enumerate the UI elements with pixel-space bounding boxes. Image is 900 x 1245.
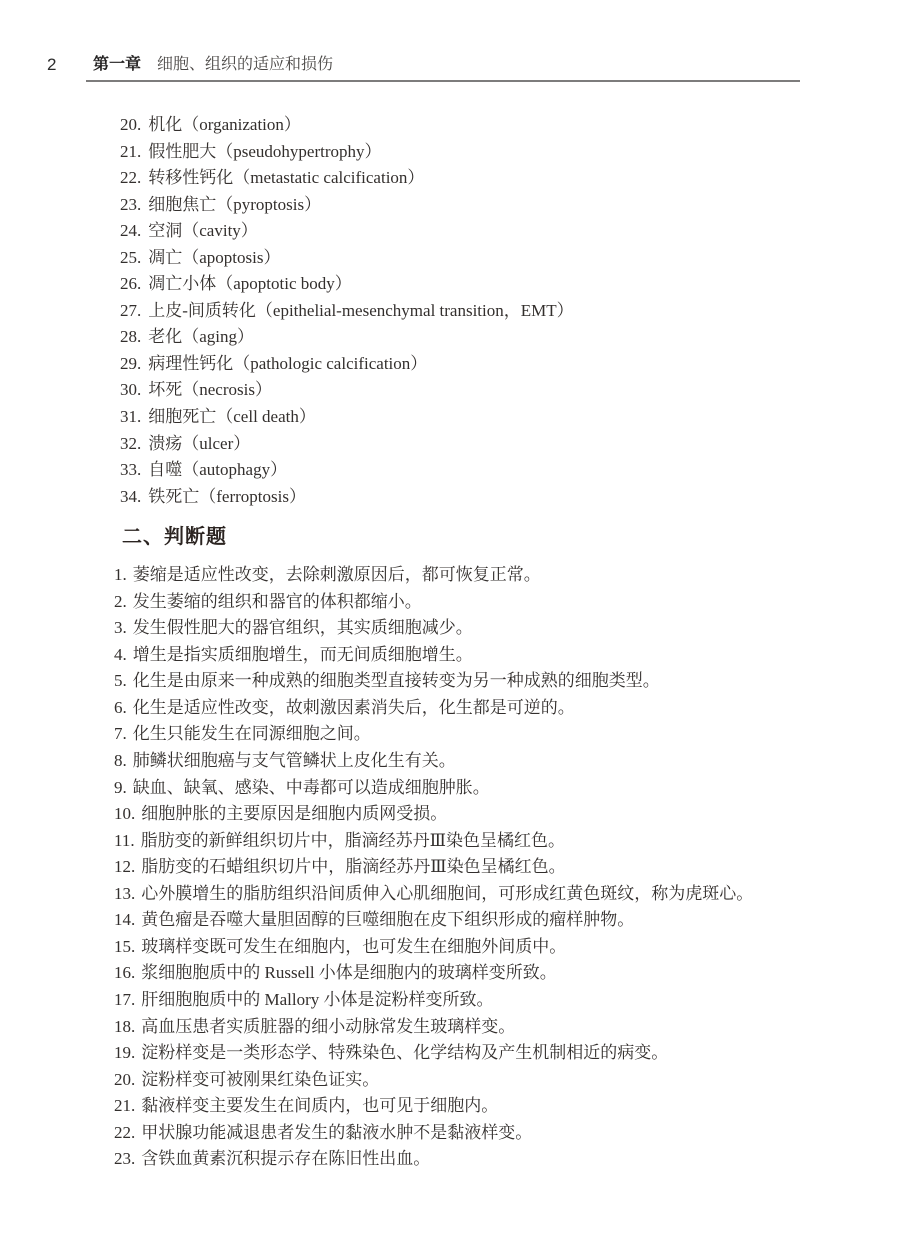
judgment-item-text: 脂肪变的新鲜组织切片中，脂滴经苏丹Ⅲ染色呈橘红色。 (141, 831, 565, 850)
judgment-item-number: 13. (114, 884, 135, 903)
vocab-item: 32.溃疡（ulcer） (120, 431, 900, 458)
judgment-item-text: 发生萎缩的组织和器官的体积都缩小。 (133, 592, 422, 611)
judgment-item: 4.增生是指实质细胞增生，而无间质细胞增生。 (114, 642, 900, 669)
judgment-item-number: 9. (114, 778, 127, 797)
vocab-item-text: 假性肥大（pseudohypertrophy） (148, 142, 381, 161)
judgment-item-text: 淀粉样变可被刚果红染色证实。 (141, 1070, 379, 1089)
chapter-label: 第一章 (93, 56, 141, 74)
judgment-item: 18.高血压患者实质脏器的细小动脉常发生玻璃样变。 (114, 1014, 900, 1041)
judgment-item-number: 19. (114, 1043, 135, 1062)
vocab-item-number: 34. (120, 487, 141, 506)
vocab-item-number: 31. (120, 407, 141, 426)
judgment-item-text: 缺血、缺氧、感染、中毒都可以造成细胞肿胀。 (133, 778, 490, 797)
judgment-item-number: 4. (114, 645, 127, 664)
judgment-item-text: 浆细胞胞质中的 Russell 小体是细胞内的玻璃样变所致。 (141, 963, 557, 982)
vocab-item-text: 坏死（necrosis） (148, 380, 272, 399)
judgment-item: 3.发生假性肥大的器官组织，其实质细胞减少。 (114, 615, 900, 642)
vocab-item-text: 机化（organization） (148, 115, 301, 134)
running-header: 2 第一章 细胞、组织的适应和损伤 (0, 56, 900, 86)
judgment-item-number: 14. (114, 910, 135, 929)
judgment-item: 12.脂肪变的石蜡组织切片中，脂滴经苏丹Ⅲ染色呈橘红色。 (114, 854, 900, 881)
vocab-item-text: 病理性钙化（pathologic calcification） (148, 354, 427, 373)
judgment-item: 7.化生只能发生在同源细胞之间。 (114, 721, 900, 748)
vocab-item-number: 27. (120, 301, 141, 320)
vocab-item-text: 凋亡（apoptosis） (148, 248, 280, 267)
judgment-question-list: 1.萎缩是适应性改变，去除刺激原因后，都可恢复正常。 2.发生萎缩的组织和器官的… (0, 562, 900, 1173)
judgment-item-text: 心外膜增生的脂肪组织沿间质伸入心肌细胞间，可形成红黄色斑纹，称为虎斑心。 (141, 884, 753, 903)
judgment-item: 5.化生是由原来一种成熟的细胞类型直接转变为另一种成熟的细胞类型。 (114, 668, 900, 695)
section-heading-judgment: 二、判断题 (122, 524, 900, 550)
vocab-item-number: 21. (120, 142, 141, 161)
judgment-item: 1.萎缩是适应性改变，去除刺激原因后，都可恢复正常。 (114, 562, 900, 589)
vocab-item-text: 老化（aging） (148, 327, 254, 346)
vocab-item: 27.上皮-间质转化（epithelial-mesenchymal transi… (120, 298, 900, 325)
vocab-item-number: 22. (120, 168, 141, 187)
vocab-item: 30.坏死（necrosis） (120, 377, 900, 404)
vocab-item: 29.病理性钙化（pathologic calcification） (120, 351, 900, 378)
judgment-item-number: 2. (114, 592, 127, 611)
vocab-item: 25.凋亡（apoptosis） (120, 245, 900, 272)
judgment-item-text: 甲状腺功能减退患者发生的黏液水肿不是黏液样变。 (141, 1123, 532, 1142)
textbook-page: { "header": { "page_number": "2", "chapt… (0, 0, 900, 1245)
vocab-item: 22.转移性钙化（metastatic calcification） (120, 165, 900, 192)
judgment-item: 16.浆细胞胞质中的 Russell 小体是细胞内的玻璃样变所致。 (114, 960, 900, 987)
judgment-item-number: 15. (114, 937, 135, 956)
vocab-item-text: 自噬（autophagy） (148, 460, 287, 479)
judgment-item: 6.化生是适应性改变，故刺激因素消失后，化生都是可逆的。 (114, 695, 900, 722)
vocab-item-text: 铁死亡（ferroptosis） (148, 487, 306, 506)
judgment-item-number: 20. (114, 1070, 135, 1089)
judgment-item: 10.细胞肿胀的主要原因是细胞内质网受损。 (114, 801, 900, 828)
judgment-item-number: 22. (114, 1123, 135, 1142)
judgment-item-number: 10. (114, 804, 135, 823)
vocab-item-text: 转移性钙化（metastatic calcification） (148, 168, 424, 187)
vocab-item: 20.机化（organization） (120, 112, 900, 139)
judgment-item: 13.心外膜增生的脂肪组织沿间质伸入心肌细胞间，可形成红黄色斑纹，称为虎斑心。 (114, 881, 900, 908)
vocab-item: 31.细胞死亡（cell death） (120, 404, 900, 431)
vocab-item-text: 溃疡（ulcer） (148, 434, 250, 453)
vocab-item-text: 细胞焦亡（pyroptosis） (148, 195, 321, 214)
vocab-item-text: 细胞死亡（cell death） (148, 407, 316, 426)
judgment-item: 22.甲状腺功能减退患者发生的黏液水肿不是黏液样变。 (114, 1120, 900, 1147)
judgment-item: 17.肝细胞胞质中的 Mallory 小体是淀粉样变所致。 (114, 987, 900, 1014)
vocab-item-number: 25. (120, 248, 141, 267)
vocab-item-number: 30. (120, 380, 141, 399)
vocab-item: 26.凋亡小体（apoptotic body） (120, 271, 900, 298)
judgment-item: 15.玻璃样变既可发生在细胞内，也可发生在细胞外间质中。 (114, 934, 900, 961)
judgment-item-number: 12. (114, 857, 135, 876)
judgment-item-text: 发生假性肥大的器官组织，其实质细胞减少。 (133, 618, 473, 637)
judgment-item-number: 1. (114, 565, 127, 584)
header-rule (86, 80, 800, 82)
judgment-item-text: 淀粉样变是一类形态学、特殊染色、化学结构及产生机制相近的病变。 (141, 1043, 668, 1062)
vocab-item-number: 33. (120, 460, 141, 479)
vocab-item: 21.假性肥大（pseudohypertrophy） (120, 139, 900, 166)
judgment-item-text: 萎缩是适应性改变，去除刺激原因后，都可恢复正常。 (133, 565, 541, 584)
vocab-item-number: 26. (120, 274, 141, 293)
judgment-item: 21.黏液样变主要发生在间质内，也可见于细胞内。 (114, 1093, 900, 1120)
vocab-item-number: 24. (120, 221, 141, 240)
judgment-item-number: 21. (114, 1096, 135, 1115)
vocab-item: 34.铁死亡（ferroptosis） (120, 484, 900, 511)
vocab-item-number: 20. (120, 115, 141, 134)
judgment-item: 8.肺鳞状细胞癌与支气管鳞状上皮化生有关。 (114, 748, 900, 775)
vocab-item: 23.细胞焦亡（pyroptosis） (120, 192, 900, 219)
judgment-item-text: 肺鳞状细胞癌与支气管鳞状上皮化生有关。 (133, 751, 456, 770)
judgment-item-text: 细胞肿胀的主要原因是细胞内质网受损。 (141, 804, 447, 823)
vocab-item: 24.空洞（cavity） (120, 218, 900, 245)
vocab-item-number: 29. (120, 354, 141, 373)
judgment-item-number: 18. (114, 1017, 135, 1036)
judgment-item-text: 增生是指实质细胞增生，而无间质细胞增生。 (133, 645, 473, 664)
judgment-item: 2.发生萎缩的组织和器官的体积都缩小。 (114, 589, 900, 616)
judgment-item-number: 16. (114, 963, 135, 982)
judgment-item-number: 8. (114, 751, 127, 770)
judgment-item-number: 17. (114, 990, 135, 1009)
vocab-item-text: 凋亡小体（apoptotic body） (148, 274, 352, 293)
judgment-item-text: 黏液样变主要发生在间质内，也可见于细胞内。 (141, 1096, 498, 1115)
vocab-item-number: 28. (120, 327, 141, 346)
judgment-item-text: 化生只能发生在同源细胞之间。 (133, 724, 371, 743)
vocab-item: 33.自噬（autophagy） (120, 457, 900, 484)
judgment-item-text: 肝细胞胞质中的 Mallory 小体是淀粉样变所致。 (141, 990, 493, 1009)
judgment-item: 23.含铁血黄素沉积提示存在陈旧性出血。 (114, 1146, 900, 1173)
vocab-item-text: 空洞（cavity） (148, 221, 258, 240)
judgment-item-text: 含铁血黄素沉积提示存在陈旧性出血。 (141, 1149, 430, 1168)
vocab-item-number: 32. (120, 434, 141, 453)
chapter-title: 细胞、组织的适应和损伤 (157, 56, 333, 74)
judgment-item-number: 23. (114, 1149, 135, 1168)
judgment-item-number: 11. (114, 831, 135, 850)
judgment-item-text: 化生是由原来一种成熟的细胞类型直接转变为另一种成熟的细胞类型。 (133, 671, 660, 690)
judgment-item-number: 7. (114, 724, 127, 743)
judgment-item: 9.缺血、缺氧、感染、中毒都可以造成细胞肿胀。 (114, 775, 900, 802)
judgment-item: 20.淀粉样变可被刚果红染色证实。 (114, 1067, 900, 1094)
judgment-item-text: 化生是适应性改变，故刺激因素消失后，化生都是可逆的。 (133, 698, 575, 717)
judgment-item-text: 玻璃样变既可发生在细胞内，也可发生在细胞外间质中。 (141, 937, 566, 956)
judgment-item-text: 脂肪变的石蜡组织切片中，脂滴经苏丹Ⅲ染色呈橘红色。 (141, 857, 565, 876)
judgment-item-text: 高血压患者实质脏器的细小动脉常发生玻璃样变。 (141, 1017, 515, 1036)
judgment-item: 19.淀粉样变是一类形态学、特殊染色、化学结构及产生机制相近的病变。 (114, 1040, 900, 1067)
judgment-item: 14.黄色瘤是吞噬大量胆固醇的巨噬细胞在皮下组织形成的瘤样肿物。 (114, 907, 900, 934)
judgment-item-number: 5. (114, 671, 127, 690)
vocab-item-text: 上皮-间质转化（epithelial-mesenchymal transitio… (148, 301, 573, 320)
vocabulary-list: 20.机化（organization） 21.假性肥大（pseudohypert… (0, 112, 900, 510)
page-number: 2 (47, 56, 56, 74)
page-content: 20.机化（organization） 21.假性肥大（pseudohypert… (0, 112, 900, 1173)
vocab-item-number: 23. (120, 195, 141, 214)
judgment-item-number: 6. (114, 698, 127, 717)
judgment-item-text: 黄色瘤是吞噬大量胆固醇的巨噬细胞在皮下组织形成的瘤样肿物。 (141, 910, 634, 929)
vocab-item: 28.老化（aging） (120, 324, 900, 351)
judgment-item-number: 3. (114, 618, 127, 637)
judgment-item: 11.脂肪变的新鲜组织切片中，脂滴经苏丹Ⅲ染色呈橘红色。 (114, 828, 900, 855)
